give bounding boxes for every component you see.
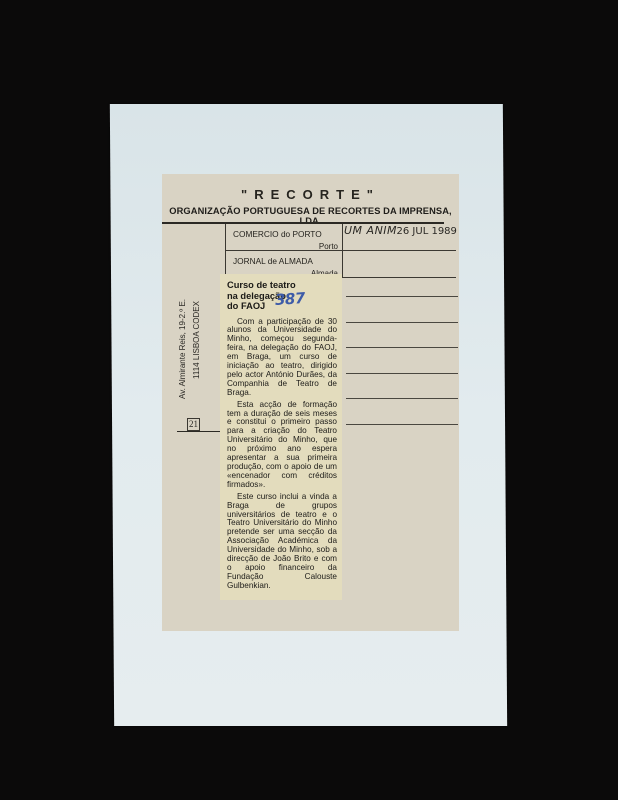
recorte-clipping-form: "RECORTE" ORGANIZAÇÃO PORTUGUESA DE RECO…	[162, 174, 459, 631]
ink-reference-number: 387	[275, 293, 305, 306]
address-street: Av. Almirante Reis, 19-2.º E.	[176, 299, 190, 399]
form-rule	[346, 424, 458, 425]
newspaper-article-clipping: Curso de teatro na delegação do FAOJ 387…	[220, 274, 342, 600]
form-rule	[346, 296, 458, 297]
form-rule	[346, 322, 458, 323]
handwritten-annotation: UM ANIM	[344, 224, 397, 237]
publication-name: JORNAL de ALMADA	[233, 256, 313, 266]
agency-title: "RECORTE"	[162, 187, 459, 202]
article-headline: Curso de teatro na delegação do FAOJ 387	[227, 280, 337, 312]
publication-rule	[226, 250, 456, 251]
article-body: Com a participação de 30 alunos da Unive…	[227, 318, 337, 591]
article-paragraph: Este curso inclui a vinda a Braga de gru…	[227, 493, 337, 591]
form-rule	[346, 373, 458, 374]
publication-name: COMERCIO do PORTO	[233, 229, 322, 239]
form-rule	[346, 398, 458, 399]
article-paragraph: Com a participação de 30 alunos da Unive…	[227, 318, 337, 398]
article-paragraph: Esta acção de formação tem a duração de …	[227, 401, 337, 490]
page-number-box: 21	[187, 418, 200, 431]
date-stamp: UM ANIM 26 JUL 1989	[344, 224, 457, 237]
agency-address: Av. Almirante Reis, 19-2.º E. 1114 LISBO…	[175, 259, 205, 439]
form-rule	[346, 347, 458, 348]
headline-line: Curso de teatro	[227, 280, 337, 291]
publication-column-divider	[342, 224, 343, 278]
address-city: 1114 LISBOA CODEX	[190, 299, 204, 399]
stamp-date: 26 JUL 1989	[397, 226, 457, 237]
